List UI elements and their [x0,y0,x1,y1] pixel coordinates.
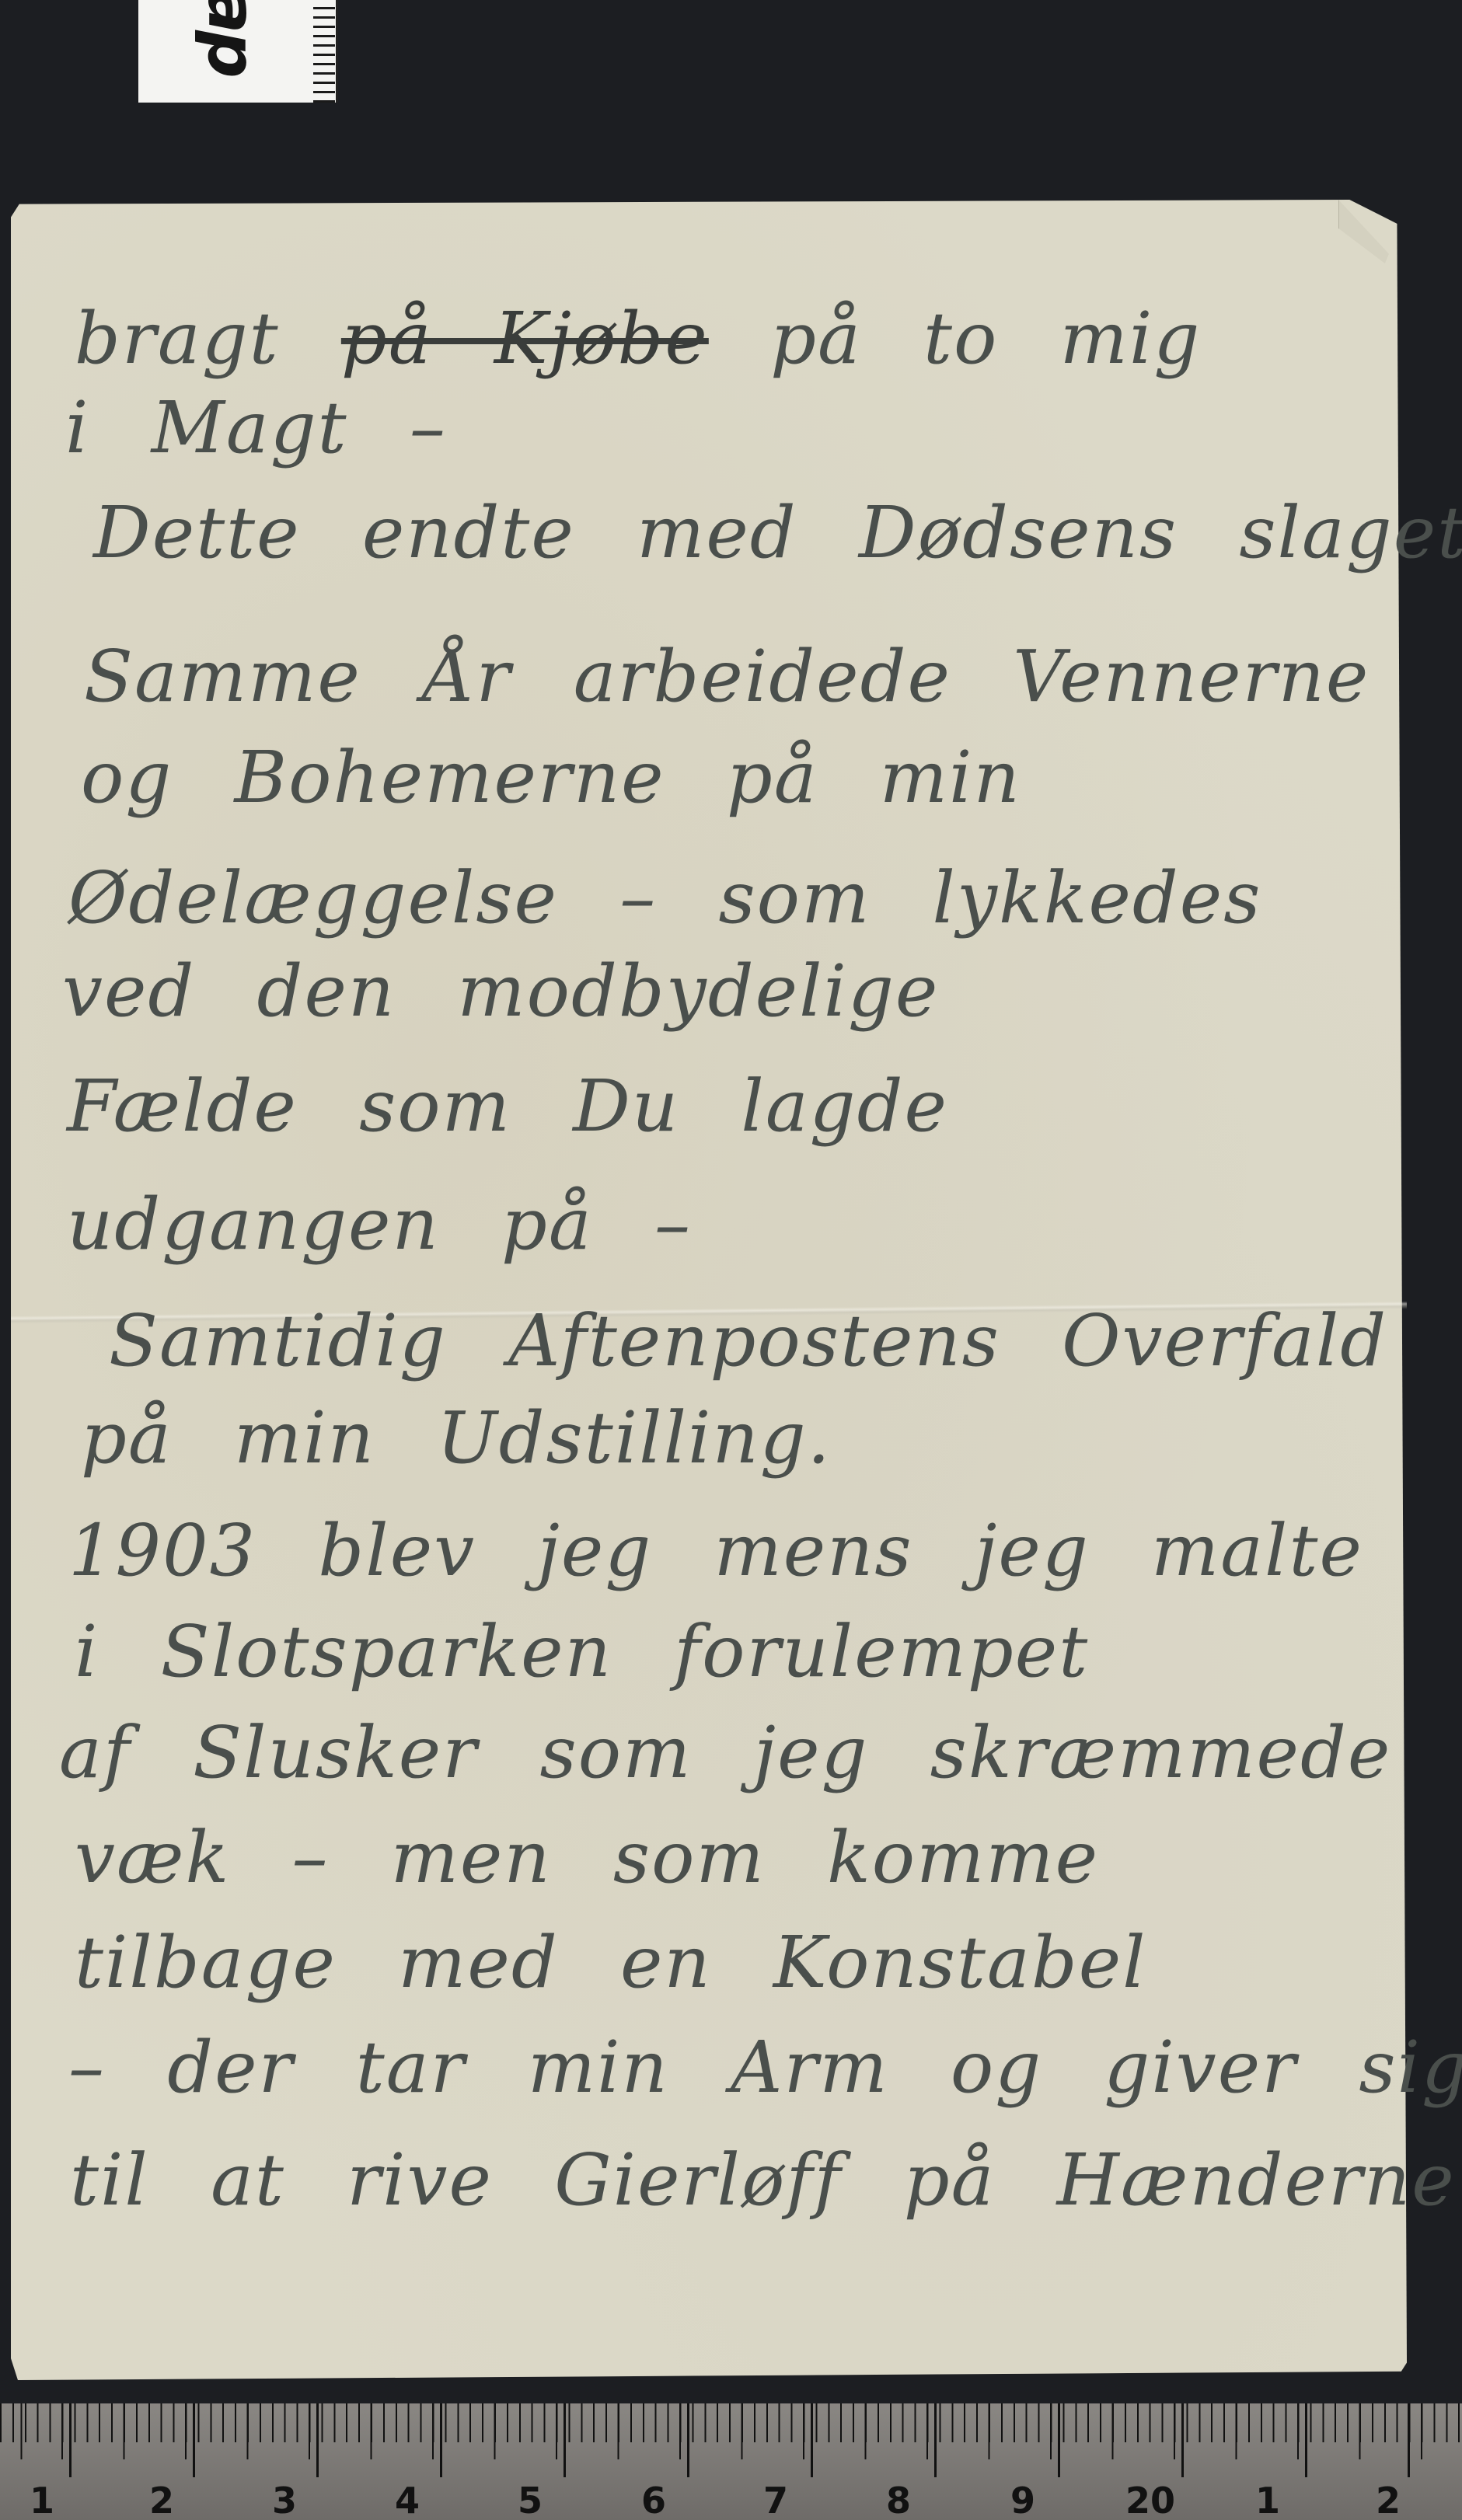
manuscript-line: – der tar min Arm og giver sig [68,2032,1462,2103]
manuscript-line: Samme År arbeidede Vennerne [84,641,1370,713]
manuscript-line: væk – men som komme [75,1822,1099,1894]
ruler-label: 4 [395,2480,420,2520]
manuscript-text: bragt på Kjøbe på to mig i Magt – Dette … [0,0,1462,2520]
ruler-label: 20 [1125,2480,1175,2520]
ruler-label: 1 [30,2480,54,2520]
manuscript-line: på min Udstilling. [81,1403,832,1474]
manuscript-line: i Magt – [65,392,447,464]
manuscript-line: af Slusker som jeg skræmmede [59,1717,1391,1789]
ruler-label: 5 [518,2480,543,2520]
manuscript-line: 1903 blev jeg mens jeg malte [68,1515,1363,1587]
line-text: på to mig [770,297,1201,380]
struck-text: på Kjøbe [341,297,709,380]
manuscript-line: udgangen på – [67,1189,692,1260]
manuscript-line: bragt på Kjøbe på to mig [75,303,1201,375]
ruler-label: 1 [1255,2480,1280,2520]
ruler-label: 3 [272,2480,297,2520]
ruler-cm-ticks [0,2403,1462,2477]
ruler-label: 7 [763,2480,788,2520]
ruler-label: 2 [149,2480,174,2520]
manuscript-line: tilbage med en Konstabel [75,1927,1147,1999]
ruler-label: 8 [886,2480,911,2520]
ruler-label: 2 [1376,2480,1401,2520]
manuscript-line: til at rive Gierløff på Hænderne [70,2145,1456,2216]
ruler-label: 9 [1010,2480,1035,2520]
line-text: bragt [75,297,280,380]
manuscript-line: Samtidig Aftenpostens Overfald [109,1305,1387,1377]
manuscript-line: ved den modbydelige [62,956,939,1027]
measuring-ruler: 1 2 3 4 5 6 7 8 9 20 1 2 [0,2403,1462,2520]
manuscript-line: i Slotsparken forulempet [75,1616,1089,1688]
manuscript-line: Ødelæggelse – som lykkedes [68,863,1261,934]
manuscript-line: og Bohemerne på min [81,742,1021,814]
manuscript-line: Dette endte med Dødsens slaget [93,497,1462,569]
manuscript-line: Fælde som Du lagde [67,1071,948,1142]
ruler-label: 6 [641,2480,666,2520]
